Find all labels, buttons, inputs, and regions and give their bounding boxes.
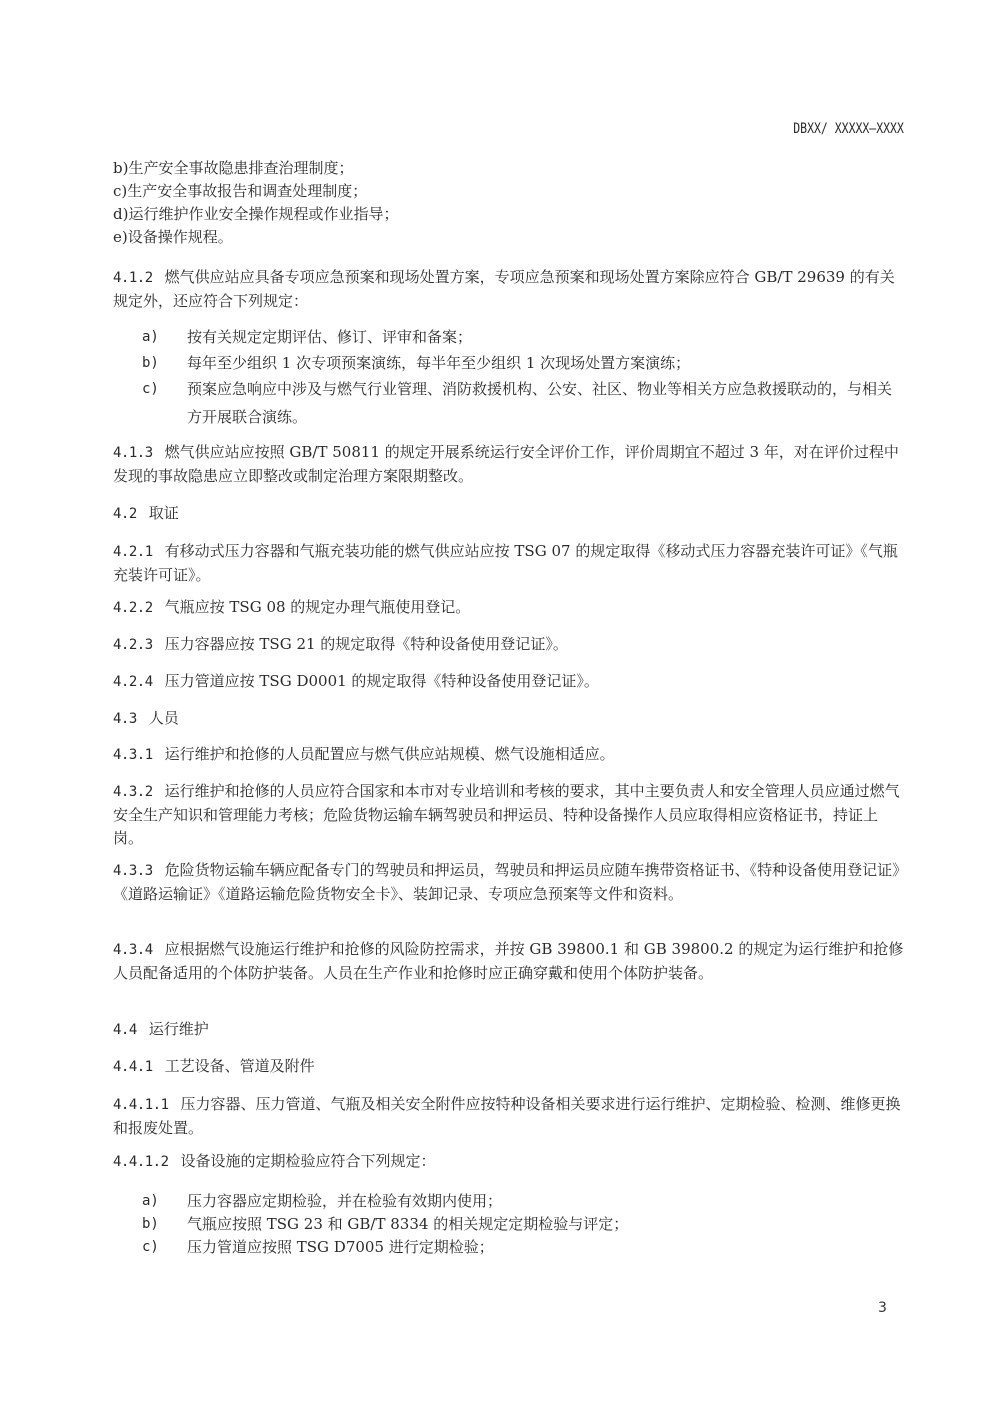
clause-4-3-1: 4.3.1运行维护和抢修的人员配置应与燃气供应站规模、燃气设施相适应。 [113, 743, 906, 767]
clause-text: 危险货物运输车辆应配备专门的驾驶员和押运员，驾驶员和押运员应随车携带资格证书、《… [113, 861, 900, 903]
list-item: a)按有关规定定期评估、修订、评审和备案； [113, 326, 906, 349]
clause-text: 运行维护和抢修的人员应符合国家和本市对专业培训和考核的要求，其中主要负责人和安全… [113, 782, 900, 847]
standard-code-header: DBXX/ XXXXX—XXXX [793, 121, 904, 137]
clause-paragraph: 4.2.4压力管道应按 TSG D0001 的规定取得《特种设备使用登记证》。 [113, 670, 906, 694]
clause-paragraph: 4.3.4应根据燃气设施运行维护和抢修的风险防控需求，并按 GB 39800.1… [113, 938, 906, 985]
clause-4-2-3: 4.2.3压力容器应按 TSG 21 的规定取得《特种设备使用登记证》。 [113, 633, 906, 657]
clause-text: 燃气供应站应按照 GB/T 50811 的规定开展系统运行安全评价工作，评价周期… [113, 443, 899, 485]
clause-4-3-3: 4.3.3危险货物运输车辆应配备专门的驾驶员和押运员，驾驶员和押运员应随车携带资… [113, 859, 906, 906]
list-item: d)运行维护作业安全操作规程或作业指导； [113, 203, 906, 226]
section-title: 工艺设备、管道及附件 [165, 1057, 315, 1075]
section-number: 4.3 [113, 711, 137, 727]
clause-number: 4.2.1 [113, 544, 153, 560]
item-marker: b) [142, 1213, 159, 1236]
item-text: 压力管道应按照 TSG D7005 进行定期检验； [187, 1238, 494, 1256]
item-marker: c) [142, 1236, 159, 1259]
list-item: c)生产安全事故报告和调查处理制度； [113, 180, 906, 203]
clause-paragraph: 4.3.2运行维护和抢修的人员应符合国家和本市对专业培训和考核的要求，其中主要负… [113, 780, 906, 850]
section-title: 运行维护 [149, 1020, 209, 1038]
clause-paragraph: 4.2.2气瓶应按 TSG 08 的规定办理气瓶使用登记。 [113, 596, 906, 620]
item-marker: c) [142, 375, 159, 403]
item-text: 气瓶应按照 TSG 23 和 GB/T 8334 的相关规定定期检验与评定； [187, 1215, 628, 1233]
clause-number: 4.3.3 [113, 863, 153, 879]
item-text: 每年至少组织 1 次专项预案演练，每半年至少组织 1 次现场处置方案演练； [187, 354, 690, 372]
page-number: 3 [878, 1300, 887, 1316]
section-heading-4-4: 4.4运行维护 [113, 1018, 906, 1042]
section-heading-4-3: 4.3人员 [113, 707, 906, 731]
clause-4-3-2: 4.3.2运行维护和抢修的人员应符合国家和本市对专业培训和考核的要求，其中主要负… [113, 780, 906, 850]
clause-4-1-2: 4.1.2燃气供应站应具备专项应急预案和现场处置方案，专项应急预案和现场处置方案… [113, 266, 906, 313]
section-title: 人员 [149, 709, 179, 727]
clause-paragraph: 4.1.3燃气供应站应按照 GB/T 50811 的规定开展系统运行安全评价工作… [113, 441, 906, 488]
clause-4-1-3: 4.1.3燃气供应站应按照 GB/T 50811 的规定开展系统运行安全评价工作… [113, 441, 906, 488]
clause-4-2-4: 4.2.4压力管道应按 TSG D0001 的规定取得《特种设备使用登记证》。 [113, 670, 906, 694]
clause-text: 压力容器应按 TSG 21 的规定取得《特种设备使用登记证》。 [165, 635, 568, 653]
item-text: 按有关规定定期评估、修订、评审和备案； [187, 328, 472, 346]
clause-paragraph: 4.3.1运行维护和抢修的人员配置应与燃气供应站规模、燃气设施相适应。 [113, 743, 906, 767]
section-heading-4-4-1: 4.4.1工艺设备、管道及附件 [113, 1055, 906, 1079]
section-number: 4.4 [113, 1022, 137, 1038]
list-item: a)压力容器应定期检验，并在检验有效期内使用； [113, 1190, 906, 1213]
clause-paragraph: 4.4.1.2设备设施的定期检验应符合下列规定： [113, 1150, 906, 1174]
clause-number: 4.3.1 [113, 747, 153, 763]
clause-text: 有移动式压力容器和气瓶充装功能的燃气供应站应按 TSG 07 的规定取得《移动式… [113, 542, 898, 584]
item-marker: a) [142, 1190, 159, 1213]
clause-4-4-1-2-items: a)压力容器应定期检验，并在检验有效期内使用； b)气瓶应按照 TSG 23 和… [113, 1190, 906, 1259]
clause-text: 设备设施的定期检验应符合下列规定： [181, 1152, 436, 1170]
item-marker: a) [142, 326, 159, 349]
clause-paragraph: 4.1.2燃气供应站应具备专项应急预案和现场处置方案，专项应急预案和现场处置方案… [113, 266, 906, 313]
item-marker: b) [142, 352, 159, 375]
section-number: 4.4.1 [113, 1059, 153, 1075]
list-item: b)生产安全事故隐患排查治理制度； [113, 157, 906, 180]
section-title: 取证 [149, 504, 179, 522]
clause-paragraph: 4.3.3危险货物运输车辆应配备专门的驾驶员和押运员，驾驶员和押运员应随车携带资… [113, 859, 906, 906]
list-item: b)气瓶应按照 TSG 23 和 GB/T 8334 的相关规定定期检验与评定； [113, 1213, 906, 1236]
clause-number: 4.1.3 [113, 445, 153, 461]
clause-4-1-2-items: a)按有关规定定期评估、修订、评审和备案； b)每年至少组织 1 次专项预案演练… [113, 326, 906, 431]
clause-paragraph: 4.2.1有移动式压力容器和气瓶充装功能的燃气供应站应按 TSG 07 的规定取… [113, 540, 906, 587]
clause-4-4-1-1: 4.4.1.1压力容器、压力管道、气瓶及相关安全附件应按特种设备相关要求进行运行… [113, 1093, 906, 1140]
document-page: DBXX/ XXXXX—XXXX b)生产安全事故隐患排查治理制度； c)生产安… [0, 0, 1000, 1414]
item-text: 预案应急响应中涉及与燃气行业管理、消防救援机构、公安、社区、物业等相关方应急救援… [187, 380, 892, 426]
clause-4-2-1: 4.2.1有移动式压力容器和气瓶充装功能的燃气供应站应按 TSG 07 的规定取… [113, 540, 906, 587]
clause-4-2-2: 4.2.2气瓶应按 TSG 08 的规定办理气瓶使用登记。 [113, 596, 906, 620]
list-item: c)预案应急响应中涉及与燃气行业管理、消防救援机构、公安、社区、物业等相关方应急… [113, 375, 906, 431]
section-number: 4.2 [113, 506, 137, 522]
list-item: c)压力管道应按照 TSG D7005 进行定期检验； [113, 1236, 906, 1259]
clause-text: 运行维护和抢修的人员配置应与燃气供应站规模、燃气设施相适应。 [165, 745, 615, 763]
clause-number: 4.2.2 [113, 600, 153, 616]
section-heading-4-2: 4.2取证 [113, 502, 906, 526]
clause-text: 气瓶应按 TSG 08 的规定办理气瓶使用登记。 [165, 598, 471, 616]
clause-number: 4.4.1.2 [113, 1154, 169, 1170]
clause-number: 4.4.1.1 [113, 1097, 169, 1113]
clause-paragraph: 4.2.3压力容器应按 TSG 21 的规定取得《特种设备使用登记证》。 [113, 633, 906, 657]
clause-4-3-4: 4.3.4应根据燃气设施运行维护和抢修的风险防控需求，并按 GB 39800.1… [113, 938, 906, 985]
management-system-list: b)生产安全事故隐患排查治理制度； c)生产安全事故报告和调查处理制度； d)运… [113, 157, 906, 249]
clause-text: 燃气供应站应具备专项应急预案和现场处置方案，专项应急预案和现场处置方案除应符合 … [113, 268, 895, 310]
item-text: 压力容器应定期检验，并在检验有效期内使用； [187, 1192, 502, 1210]
clause-4-4-1-2: 4.4.1.2设备设施的定期检验应符合下列规定： [113, 1150, 906, 1174]
clause-number: 4.2.3 [113, 637, 153, 653]
clause-number: 4.2.4 [113, 674, 153, 690]
list-item: b)每年至少组织 1 次专项预案演练，每半年至少组织 1 次现场处置方案演练； [113, 352, 906, 375]
clause-text: 压力容器、压力管道、气瓶及相关安全附件应按特种设备相关要求进行运行维护、定期检验… [113, 1095, 901, 1137]
clause-number: 4.1.2 [113, 270, 153, 286]
clause-paragraph: 4.4.1.1压力容器、压力管道、气瓶及相关安全附件应按特种设备相关要求进行运行… [113, 1093, 906, 1140]
clause-number: 4.3.2 [113, 784, 153, 800]
clause-text: 压力管道应按 TSG D0001 的规定取得《特种设备使用登记证》。 [165, 672, 599, 690]
clause-number: 4.3.4 [113, 942, 153, 958]
clause-text: 应根据燃气设施运行维护和抢修的风险防控需求，并按 GB 39800.1 和 GB… [113, 940, 903, 982]
list-item: e)设备操作规程。 [113, 226, 906, 249]
